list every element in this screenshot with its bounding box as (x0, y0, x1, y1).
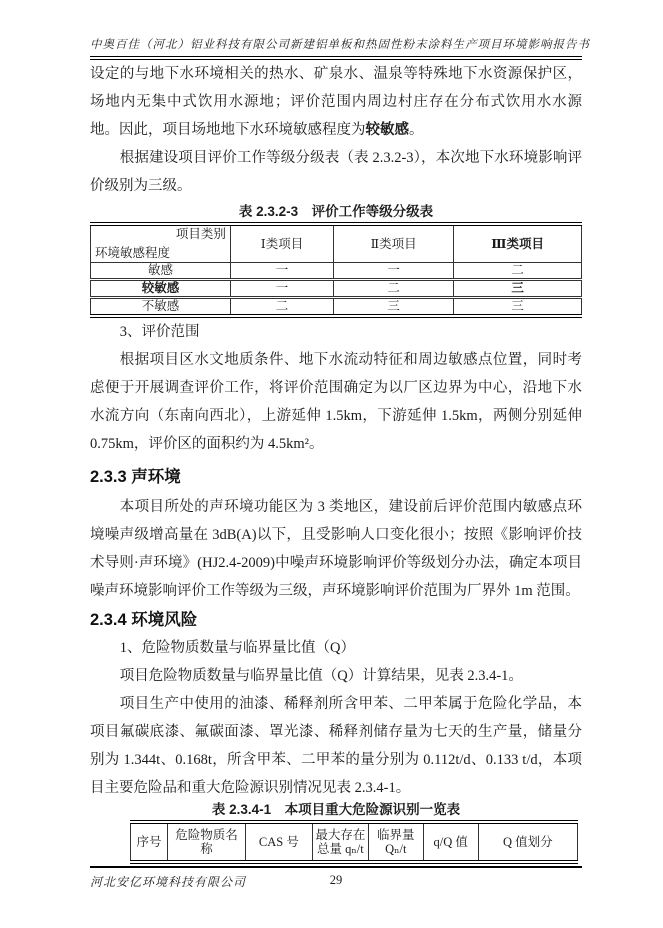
section-heading-risk: 2.3.4 环境风险 (90, 611, 582, 630)
table1-col-header: Ⅲ类项目 (454, 224, 582, 263)
table1-col-header: Ⅰ类项目 (230, 224, 333, 263)
cell-value: 三 (454, 280, 582, 298)
paragraph-text: 。 (409, 122, 424, 138)
table2-header-row: 序号 危险物质名称 CAS 号 最大存在 总量 qₙ/t 临界量 Qₙ/t q/… (131, 822, 578, 862)
section-heading-acoustic: 2.3.3 声环境 (90, 468, 582, 487)
cell-value: 三 (454, 298, 582, 317)
table1-header-row: 项目类别 环境敏感程度 Ⅰ类项目 Ⅱ类项目 Ⅲ类项目 (91, 224, 582, 263)
paragraph-evaluation-grade: 根据建设项目评价工作等级分级表（表 2.3.2-3），本次地下水环境影响评价级别… (90, 144, 582, 200)
cell-value: 二 (334, 280, 454, 298)
paragraph-hazardous-materials: 项目生产中使用的油漆、稀释剂所含甲苯、二甲苯属于危险化学品，本项目氟碳底漆、氟碳… (90, 690, 582, 802)
row-label: 较敏感 (91, 280, 231, 298)
document-page: { "page": { "header": "中奥百佳（河北）铝业科技有限公司新… (0, 0, 663, 928)
subheading-q-ratio: 1、危险物质数量与临界量比值（Q） (90, 634, 582, 662)
table-row: 敏感 一 一 二 (91, 263, 582, 280)
paragraph-q-ratio-result: 项目危险物质数量与临界量比值（Q）计算结果，见表 2.3.4-1。 (90, 662, 582, 690)
paragraph-groundwater-sensitivity: 设定的与地下水环境相关的热水、矿泉水、温泉等特殊地下水资源保护区，场地内无集中式… (90, 60, 582, 144)
paragraph-evaluation-scope: 根据项目区水文地质条件、地下水流动特征和周边敏感点位置，同时考虑便于开展调查评价… (90, 346, 582, 458)
page-footer: 河北安亿环境科技有限公司 29 (90, 866, 582, 890)
table2-col-header: Q 值划分 (478, 822, 577, 862)
table2-col-header: CAS 号 (245, 822, 312, 862)
row-label: 敏感 (91, 263, 231, 280)
paragraph-acoustic-environment: 本项目所处的声环境功能区为 3 类地区，建设前后评价范围内敏感点环境噪声级增高量… (90, 493, 582, 605)
running-header: 中奥百佳（河北）铝业科技有限公司新建铝单板和热固性粉末涂料生产项目环境影响报告书 (90, 38, 582, 60)
table2-col-header: 序号 (131, 822, 168, 862)
table1-col-header: Ⅱ类项目 (334, 224, 454, 263)
table2-col-header: 危险物质名称 (168, 822, 246, 862)
cell-value: 一 (230, 280, 333, 298)
table2-col-header: q/Q 值 (423, 822, 478, 862)
footer-company-name: 河北安亿环境科技有限公司 (90, 875, 246, 889)
table2-col-header: 最大存在 总量 qₙ/t (312, 822, 368, 862)
table-major-hazard-identification: 序号 危险物质名称 CAS 号 最大存在 总量 qₙ/t 临界量 Qₙ/t q/… (130, 820, 578, 864)
table2-caption: 表 2.3.4-1 本项目重大危险源识别一览表 (90, 802, 582, 818)
highlight-sensitivity-level: 较敏感 (366, 122, 410, 138)
table1-caption: 表 2.3.2-3 评价工作等级分级表 (90, 204, 582, 220)
cell-value: 二 (454, 263, 582, 280)
table1-corner-cell: 项目类别 环境敏感程度 (91, 224, 231, 263)
subheading-evaluation-scope: 3、评价范围 (90, 318, 582, 346)
corner-label-sensitivity: 环境敏感程度 (95, 246, 170, 261)
table-row-highlighted: 较敏感 一 二 三 (91, 280, 582, 298)
table2-container: 序号 危险物质名称 CAS 号 最大存在 总量 qₙ/t 临界量 Qₙ/t q/… (130, 820, 578, 864)
page-number: 29 (330, 873, 343, 888)
page-content: 中奥百佳（河北）铝业科技有限公司新建铝单板和热固性粉末涂料生产项目环境影响报告书… (90, 38, 582, 864)
table-evaluation-grades: 项目类别 环境敏感程度 Ⅰ类项目 Ⅱ类项目 Ⅲ类项目 敏感 一 一 二 较敏感 … (90, 222, 582, 318)
table-row: 不敏感 二 三 三 (91, 298, 582, 317)
table2-col-header: 临界量 Qₙ/t (368, 822, 423, 862)
cell-value: 二 (230, 298, 333, 317)
cell-value: 一 (230, 263, 333, 280)
paragraph-text: 设定的与地下水环境相关的热水、矿泉水、温泉等特殊地下水资源保护区，场地内无集中式… (90, 66, 582, 138)
corner-label-category: 项目类别 (176, 227, 226, 242)
cell-value: 三 (334, 298, 454, 317)
row-label: 不敏感 (91, 298, 231, 317)
cell-value: 一 (334, 263, 454, 280)
